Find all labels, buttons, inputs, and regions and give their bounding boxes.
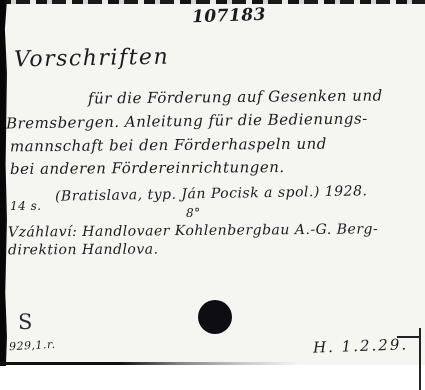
accession-number: 107183 (192, 5, 267, 28)
heading-note-line: direktion Handlova. (8, 242, 159, 259)
title-continuation-line: bei anderen Fördereinrichtungen. (10, 158, 285, 178)
pagination-note: 14 s. (10, 199, 42, 213)
title-continuation-line: für die Förderung auf Gesenken und (88, 86, 383, 107)
date-annotation: H. 1.2.29. (313, 335, 409, 356)
punch-hole (198, 300, 232, 334)
heading-note-line: Vzáhlaví: Handlovaer Kohlenbergbau A.-G.… (8, 221, 378, 240)
shelfmark: 929,1.r. (9, 338, 56, 353)
format-mark: 8° (186, 206, 201, 220)
scan-left-edge-artifact (0, 0, 7, 366)
card-bottom-edge (0, 362, 300, 365)
scan-top-edge-artifact (0, 0, 425, 4)
catalog-card-scan: 107183 Vorschriften für die Förderung au… (0, 0, 425, 390)
size-letter: S (18, 310, 33, 334)
title-continuation-line: mannschaft bei den Förderhaspeln und (10, 135, 327, 156)
card-title: Vorschriften (14, 45, 170, 73)
